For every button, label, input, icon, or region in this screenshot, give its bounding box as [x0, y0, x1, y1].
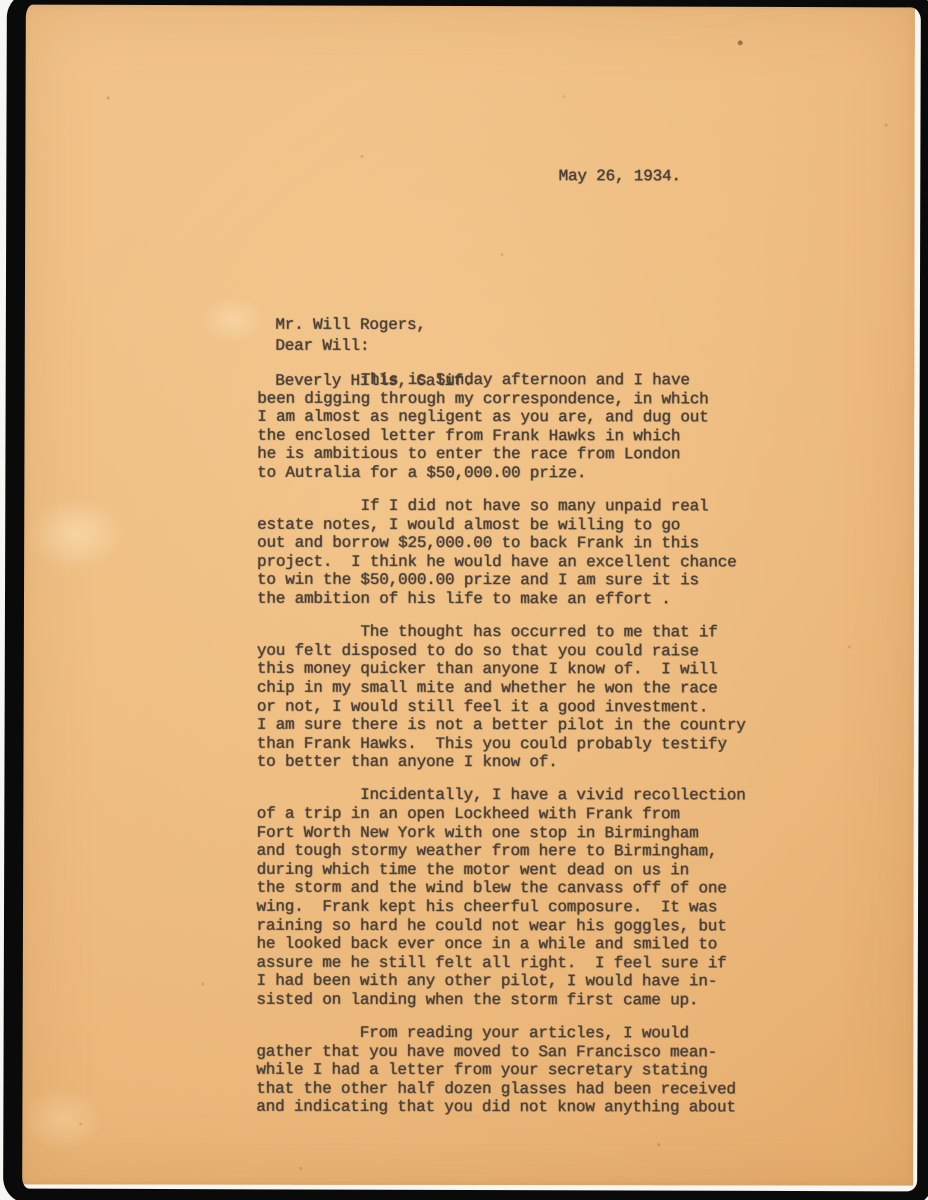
letter-line: I am almost as negligent as you are, and…: [257, 408, 746, 427]
letter-line: of a trip in an open Lockheed with Frank…: [257, 805, 746, 824]
letter-paragraph: This is Sunday afternoon and I havebeen …: [257, 371, 746, 483]
letter-line: he is ambitious to enter the race from L…: [257, 445, 746, 464]
letter-line: the storm and the wind blew the canvass …: [257, 879, 746, 898]
letter-paragraph: From reading your articles, I wouldgathe…: [256, 1024, 745, 1118]
letter-line: sisted on landing when the storm first c…: [256, 991, 745, 1010]
letter-line: the enclosed letter from Frank Hawks in …: [257, 426, 746, 445]
letter-line: this money quicker than anyone I know of…: [257, 660, 746, 679]
letter-line: that the other half dozen glasses had be…: [256, 1079, 745, 1098]
letter-line: you felt disposed to do so that you coul…: [257, 641, 746, 660]
letter-line: Fort Worth New York with one stop in Bir…: [257, 823, 746, 842]
letter-line: and tough stormy weather from here to Bi…: [257, 842, 746, 861]
letter-line: to better than anyone I know of.: [257, 753, 746, 772]
recipient-name: Mr. Will Rogers,: [275, 316, 472, 335]
letter-line: raining so hard he could not wear his go…: [257, 916, 746, 935]
letter-line: the ambition of his life to make an effo…: [257, 590, 746, 609]
salutation: Dear Will:: [275, 337, 369, 356]
letter-line: to win the $50,000.00 prize and I am sur…: [257, 571, 746, 590]
letter-paragraph: The thought has occurred to me that ifyo…: [257, 623, 746, 772]
letter-line: been digging through my correspondence, …: [257, 389, 746, 408]
letter-body: This is Sunday afternoon and I havebeen …: [256, 371, 746, 1132]
letter-line: assure me he still felt all right. I fee…: [256, 953, 745, 972]
letter-line: or not, I would still feel it a good inv…: [257, 697, 746, 716]
paper-speckles: [23, 4, 26, 7]
letter-line: Incidentally, I have a vivid recollectio…: [257, 786, 746, 805]
letter-date: May 26, 1934.: [559, 167, 681, 186]
letter-line: out and borrow $25,000.00 to back Frank …: [257, 534, 746, 553]
letter-line: and indicating that you did not know any…: [256, 1098, 745, 1117]
letter-line: chip in my small mite and whether he won…: [257, 679, 746, 698]
letter-line: The thought has occurred to me that if: [257, 623, 746, 642]
letter-line: than Frank Hawks. This you could probabl…: [257, 734, 746, 753]
letter-line: If I did not have so many unpaid real: [257, 497, 746, 516]
letter-line: gather that you have moved to San Franci…: [256, 1042, 745, 1061]
letter-line: wing. Frank kept his cheerful composure.…: [257, 898, 746, 917]
letter-line: during which time the motor went dead on…: [257, 860, 746, 879]
letter-line: I had been with any other pilot, I would…: [256, 972, 745, 991]
letter-line: This is Sunday afternoon and I have: [257, 371, 746, 390]
letter-line: to Autralia for a $50,000.00 prize.: [257, 464, 746, 483]
letter-line: while I had a letter from your secretary…: [256, 1061, 745, 1080]
letter-line: I am sure there is not a better pilot in…: [257, 716, 746, 735]
letter-paragraph: If I did not have so many unpaid realest…: [257, 497, 746, 609]
letter-line: project. I think he would have an excell…: [257, 553, 746, 572]
letter-line: estate notes, I would almost be willing …: [257, 515, 746, 534]
letter-line: he looked back ever once in a while and …: [256, 935, 745, 954]
letter-paragraph: Incidentally, I have a vivid recollectio…: [256, 786, 745, 1010]
scanned-letter-page: May 26, 1934. Mr. Will Rogers, Beverly H…: [0, 0, 928, 1200]
letter-line: From reading your articles, I would: [256, 1024, 745, 1043]
letter-paper: May 26, 1934. Mr. Will Rogers, Beverly H…: [21, 4, 915, 1185]
